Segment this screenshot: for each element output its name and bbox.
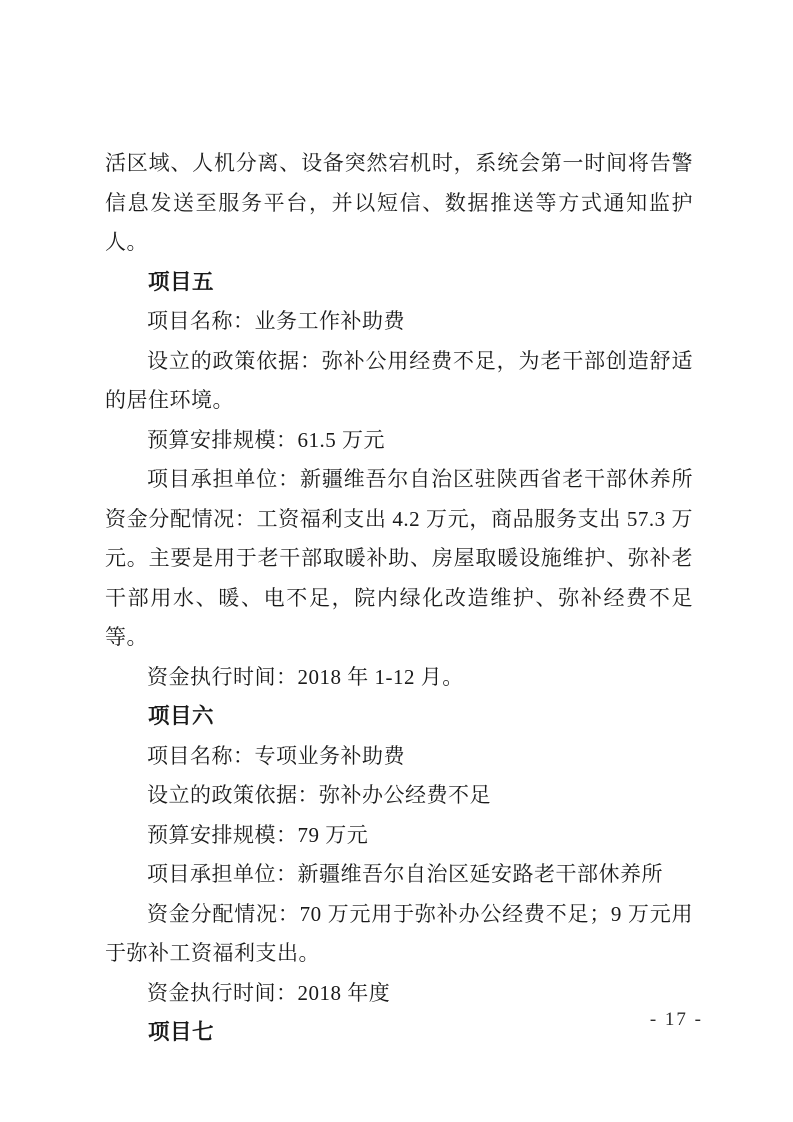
paragraph-project-5-budget: 预算安排规模：61.5 万元 [105, 421, 693, 461]
document-body: 活区域、人机分离、设备突然宕机时，系统会第一时间将告警信息发送至服务平台，并以短… [105, 0, 693, 1053]
paragraph-project-5-execution-time: 资金执行时间：2018 年 1-12 月。 [105, 658, 693, 698]
paragraph-project-6-name: 项目名称：专项业务补助费 [105, 737, 693, 777]
paragraph-project-6-execution-time: 资金执行时间：2018 年度 [105, 974, 693, 1014]
paragraph-project-5-policy-basis: 设立的政策依据：弥补公用经费不足，为老干部创造舒适的居住环境。 [105, 342, 693, 421]
page-number: - 17 - [650, 1008, 703, 1032]
paragraph-continuation: 活区域、人机分离、设备突然宕机时，系统会第一时间将告警信息发送至服务平台，并以短… [105, 144, 693, 263]
section-heading-project-7: 项目七 [105, 1013, 693, 1053]
paragraph-project-5-name: 项目名称：业务工作补助费 [105, 302, 693, 342]
document-page: 活区域、人机分离、设备突然宕机时，系统会第一时间将告警信息发送至服务平台，并以短… [0, 0, 793, 1122]
section-heading-project-5: 项目五 [105, 263, 693, 303]
paragraph-project-6-budget: 预算安排规模：79 万元 [105, 816, 693, 856]
paragraph-project-6-undertaker: 项目承担单位：新疆维吾尔自治区延安路老干部休养所 [105, 855, 693, 895]
section-heading-project-6: 项目六 [105, 697, 693, 737]
paragraph-project-5-undertaker-and-allocation: 项目承担单位：新疆维吾尔自治区驻陕西省老干部休养所资金分配情况：工资福利支出 4… [105, 460, 693, 658]
paragraph-project-6-allocation: 资金分配情况：70 万元用于弥补办公经费不足；9 万元用于弥补工资福利支出。 [105, 895, 693, 974]
paragraph-project-6-policy-basis: 设立的政策依据：弥补办公经费不足 [105, 776, 693, 816]
